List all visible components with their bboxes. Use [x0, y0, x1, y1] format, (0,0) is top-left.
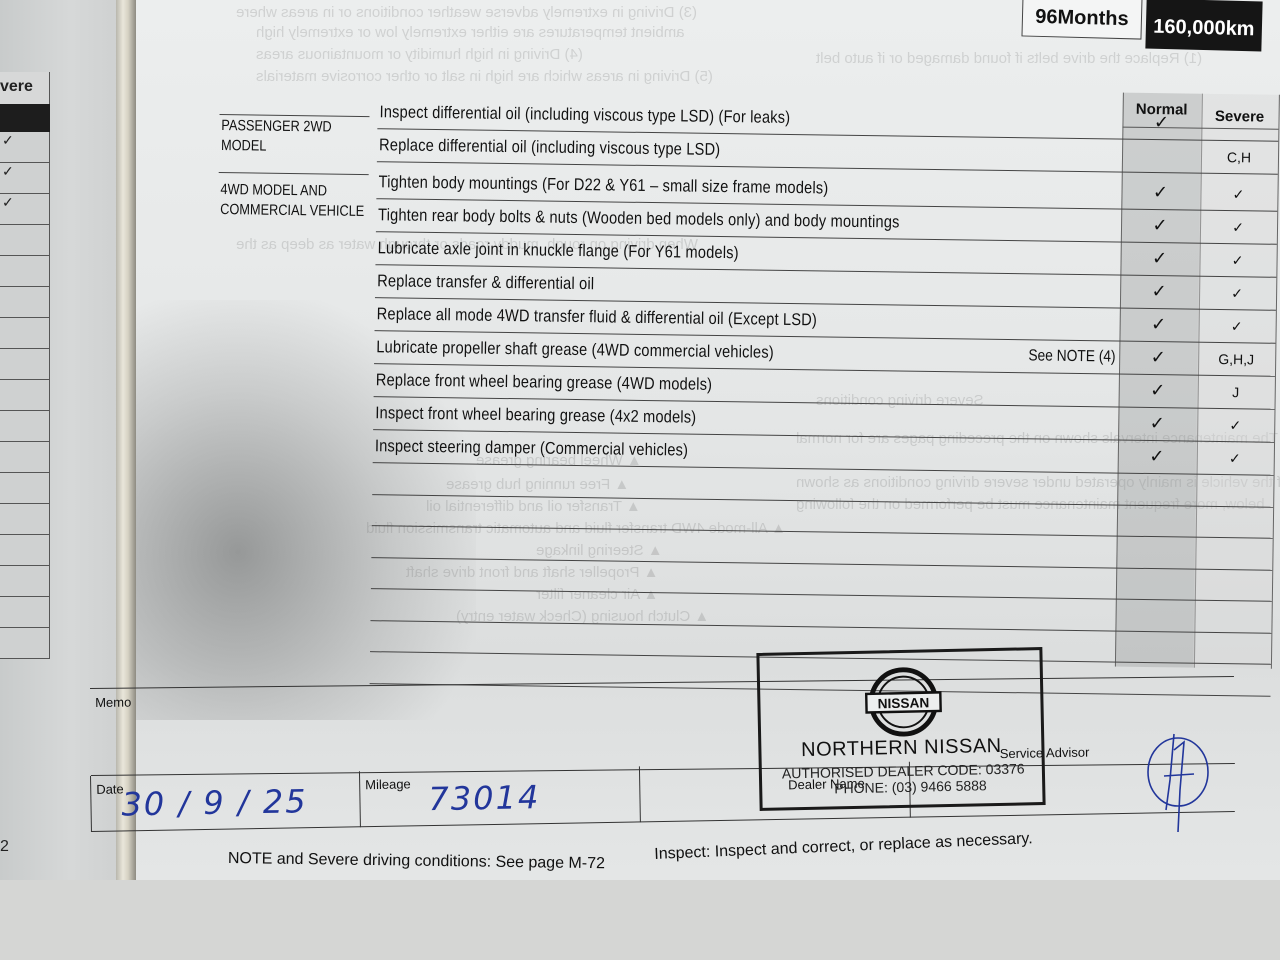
severe-check-mark: ✓ — [1198, 285, 1276, 303]
maintenance-item: Tighten body mountings (For D22 & Y61 – … — [378, 172, 828, 198]
previous-page-row: ✓ — [0, 163, 50, 194]
normal-check-mark: ✓ — [1120, 314, 1198, 336]
previous-page-row — [0, 287, 50, 318]
previous-page-row — [0, 566, 50, 597]
previous-page-row: ✓ — [0, 132, 50, 163]
bleed-through-text: (1) Replace the drive belts if found dam… — [816, 50, 1202, 67]
previous-page-row — [0, 504, 50, 535]
normal-check-mark: ✓ — [1120, 248, 1198, 270]
maintenance-item: Replace front wheel bearing grease (4WD … — [376, 370, 713, 395]
bleed-through-text: (3) Driving in extremely adverse weather… — [236, 4, 697, 21]
maintenance-item: Replace differential oil (including visc… — [379, 135, 720, 160]
normal-check-mark: ✓ — [1121, 182, 1199, 204]
mileage-cell[interactable]: Mileage 73014 — [360, 766, 641, 827]
group-divider — [219, 172, 369, 175]
footer-note: NOTE and Severe driving conditions: See … — [228, 850, 605, 873]
normal-check-mark: ✓ — [1118, 413, 1196, 435]
date-label: Date — [96, 781, 124, 796]
severe-check-mark: ✓ — [1199, 219, 1277, 237]
severe-check-mark: G,H,J — [1197, 351, 1275, 368]
maintenance-schedule-page: (3) Driving in extremely adverse weather… — [136, 0, 1280, 880]
group-label-line: 4WD MODEL AND — [220, 180, 364, 202]
previous-page-row — [0, 442, 50, 473]
bleed-through-text: (5) Driving in areas which are high in s… — [256, 68, 713, 85]
previous-page-row — [0, 628, 50, 659]
previous-page-row — [0, 597, 50, 628]
normal-check-mark: ✓ — [1119, 380, 1197, 402]
date-cell[interactable]: Date 30 / 9 / 25 — [90, 771, 361, 832]
table-surface — [0, 880, 1280, 960]
normal-check-mark: ✓ — [1118, 446, 1196, 468]
previous-page-severe-header: vere — [0, 72, 50, 104]
bleed-through-text: (4) Driving in high humidity or mountain… — [256, 46, 583, 63]
maintenance-item: Lubricate axle joint in knuckle flange (… — [378, 238, 739, 263]
group-label-4wd-commercial: 4WD MODEL AND COMMERCIAL VEHICLE — [220, 180, 365, 222]
nissan-logo-icon: NISSAN — [864, 662, 944, 742]
nissan-logo-text: NISSAN — [878, 695, 930, 711]
maintenance-item: Replace transfer & differential oil — [377, 271, 594, 294]
previous-page-number: 2 — [0, 838, 9, 856]
previous-page-table: vere ✓✓✓ — [0, 72, 50, 659]
memo-field[interactable] — [90, 683, 621, 775]
severe-check-mark: C,H — [1200, 149, 1278, 166]
severe-check-mark: ✓ — [1196, 450, 1274, 468]
previous-page-dark-band — [0, 104, 50, 132]
previous-page-row — [0, 256, 50, 287]
maintenance-item: Inspect front wheel bearing grease (4x2 … — [375, 403, 696, 427]
date-value: 30 / 9 / 25 — [121, 782, 308, 823]
group-label-line: COMMERCIAL VEHICLE — [220, 200, 364, 222]
service-advisor-signature — [1124, 720, 1224, 840]
previous-page-row — [0, 380, 50, 411]
severe-check-mark: ✓ — [1199, 186, 1277, 204]
maintenance-item: Inspect differential oil (including visc… — [379, 102, 790, 128]
stamp-dealer-name: NORTHERN NISSAN — [761, 734, 1041, 763]
maintenance-note: See NOTE (4) — [1028, 347, 1115, 366]
normal-check-mark: ✓ — [1121, 215, 1199, 237]
normal-check-mark: ✓ — [1122, 112, 1200, 134]
previous-page-row — [0, 411, 50, 442]
previous-page-row — [0, 473, 50, 504]
previous-page-row — [0, 535, 50, 566]
severe-check-mark: J — [1197, 384, 1275, 401]
previous-page-row — [0, 225, 50, 256]
stamp-phone: PHONE: (03) 9466 5888 — [834, 777, 987, 796]
footer-inspect-definition: Inspect: Inspect and correct, or replace… — [654, 830, 1033, 864]
previous-page-row — [0, 349, 50, 380]
bleed-through-text: ambient temperatures are either extremel… — [256, 24, 685, 41]
normal-check-mark — [1122, 145, 1200, 146]
previous-page-row: ✓ — [0, 194, 50, 225]
group-label-line: MODEL — [221, 136, 332, 158]
mileage-value: 73014 — [428, 778, 540, 818]
interval-months-badge: 96Months — [1021, 0, 1142, 40]
group-label-passenger-2wd: PASSENGER 2WD MODEL — [221, 116, 332, 158]
interval-distance-badge: 160,000km — [1145, 0, 1262, 52]
maintenance-item: Tighten rear body bolts & nuts (Wooden b… — [378, 205, 900, 232]
severe-check-mark: ✓ — [1198, 318, 1276, 336]
group-label-line: PASSENGER 2WD — [221, 116, 332, 138]
previous-page-row — [0, 318, 50, 349]
dealer-stamp: NISSAN NORTHERN NISSAN AUTHORISED DEALER… — [756, 647, 1045, 811]
normal-check-mark: ✓ — [1119, 347, 1197, 369]
maintenance-item: Replace all mode 4WD transfer fluid & di… — [377, 304, 818, 330]
severe-check-mark: ✓ — [1196, 417, 1274, 435]
maintenance-item: Inspect steering damper (Commercial vehi… — [375, 436, 689, 460]
mileage-label: Mileage — [365, 776, 411, 792]
normal-check-mark: ✓ — [1120, 281, 1198, 303]
severe-check-mark — [1201, 116, 1279, 117]
maintenance-item: Lubricate propeller shaft grease (4WD co… — [376, 337, 774, 363]
severe-check-mark: ✓ — [1198, 252, 1276, 270]
